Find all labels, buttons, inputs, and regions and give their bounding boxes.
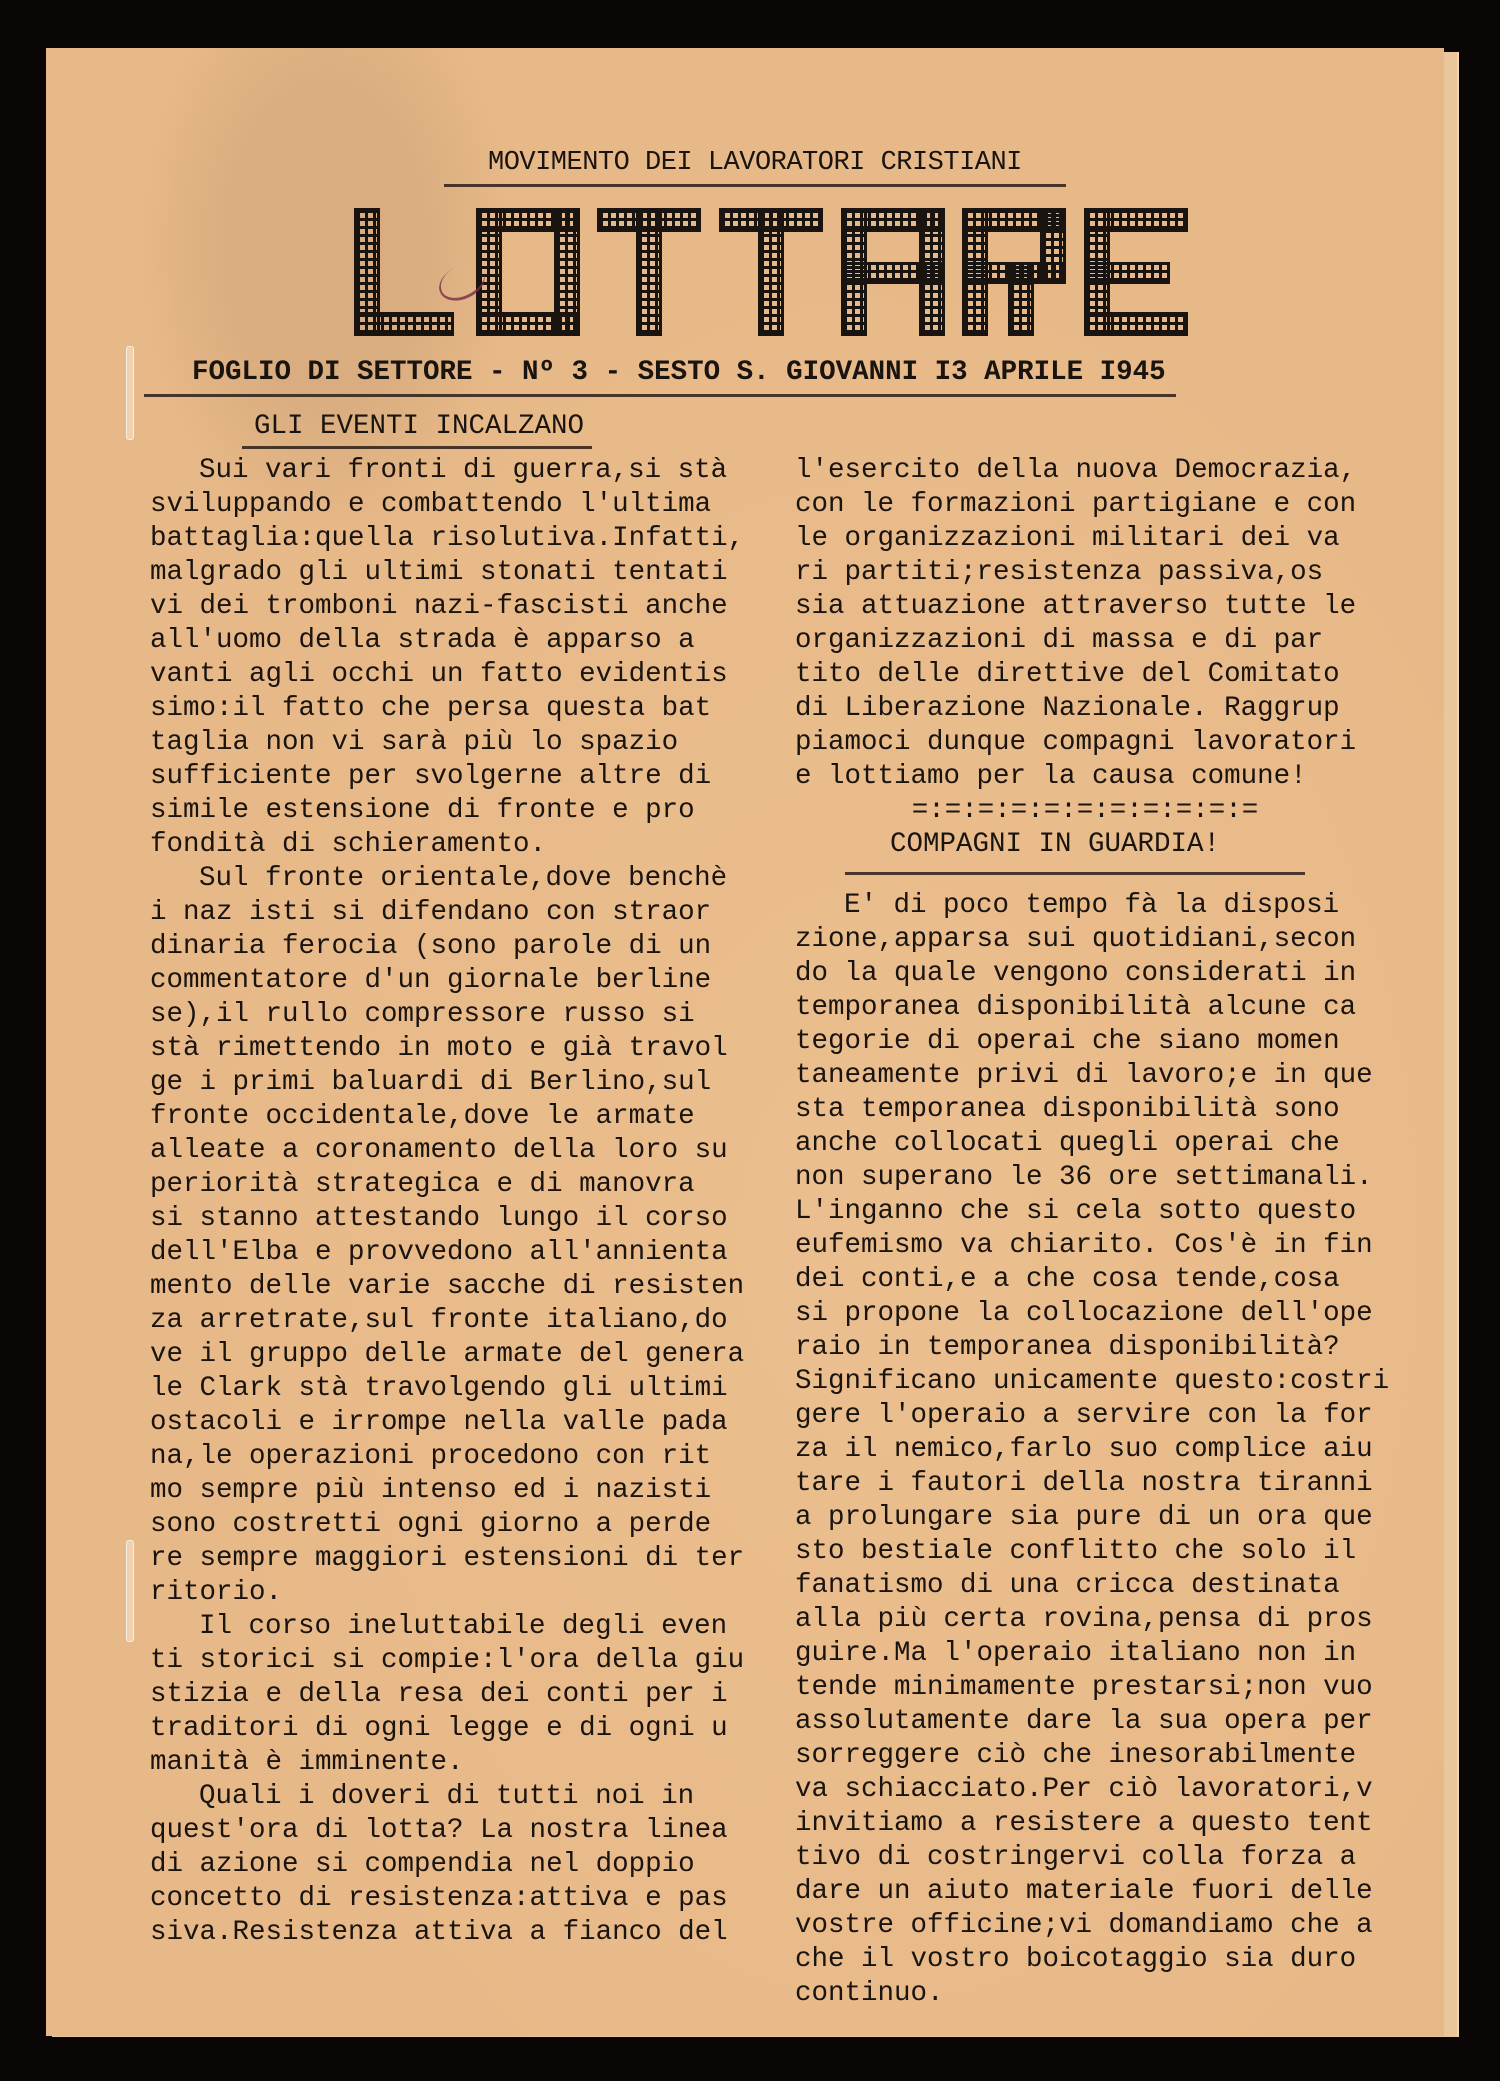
text-line: vanti agli occhi un fatto evidentis (150, 658, 750, 692)
section-separator: =:=:=:=:=:=:=:=:=:=:= (795, 794, 1415, 828)
text-line: si propone la collocazione dell'ope (795, 1297, 1415, 1331)
text-line: fanatismo di una cricca destinata (795, 1569, 1415, 1603)
text-line: tare i fautori della nostra tiranni (795, 1467, 1415, 1501)
text-line: va schiacciato.Per ciò lavoratori,v (795, 1773, 1415, 1807)
text-line: simile estensione di fronte e pro (150, 794, 750, 828)
text-line: ritorio. (150, 1576, 750, 1610)
organization-name: MOVIMENTO DEI LAVORATORI CRISTIANI (488, 146, 1022, 180)
masthead-letter (1084, 208, 1188, 336)
text-line: L'inganno che si cela sotto questo (795, 1195, 1415, 1229)
newsletter-page: MOVIMENTO DEI LAVORATORI CRISTIANI FOGLI… (46, 48, 1444, 2036)
text-line: con le formazioni partigiane e con (795, 488, 1415, 522)
masthead-letter (354, 208, 458, 336)
text-line: gere l'operaio a servire con la for (795, 1399, 1415, 1433)
text-line: non superano le 36 ore settimanali. (795, 1161, 1415, 1195)
text-line: Quali i doveri di tutti noi in (150, 1780, 750, 1814)
text-line: vostre officine;vi domandiamo che a (795, 1909, 1415, 1943)
masthead-letter-stroke (1008, 262, 1034, 336)
text-line: invitiamo a resistere a questo tent (795, 1807, 1415, 1841)
text-line: ri partiti;resistenza passiva,os (795, 556, 1415, 590)
text-line: piamoci dunque compagni lavoratori (795, 726, 1415, 760)
text-line: ge i primi baluardi di Berlino,sul (150, 1066, 750, 1100)
text-line: dell'Elba e provvedono all'annienta (150, 1236, 750, 1270)
text-line: ostacoli e irrompe nella valle pada (150, 1406, 750, 1440)
staple-bottom (126, 1540, 134, 1642)
text-line: di Liberazione Nazionale. Raggrup (795, 692, 1415, 726)
text-line: concetto di resistenza:attiva e pas (150, 1882, 750, 1916)
text-line: sorreggere ciò che inesorabilmente (795, 1739, 1415, 1773)
masthead-letter-stroke (476, 312, 580, 336)
text-line: all'uomo della strada è apparso a (150, 624, 750, 658)
text-line: sia attuazione attraverso tutte le (795, 590, 1415, 624)
text-line: sto bestiale conflitto che solo il (795, 1535, 1415, 1569)
masthead-letter-stroke (636, 208, 662, 336)
masthead-letter-stroke (1084, 312, 1188, 336)
text-line: za arretrate,sul fronte italiano,do (150, 1304, 750, 1338)
right-article-heading: COMPAGNI IN GUARDIA! (845, 828, 1305, 875)
text-line: manità è imminente. (150, 1746, 750, 1780)
text-line: taglia non vi sarà più lo spazio (150, 726, 750, 760)
text-line: i naz isti si difendano con straor (150, 896, 750, 930)
text-line: mento delle varie sacche di resisten (150, 1270, 750, 1304)
text-line: alleate a coronamento della loro su (150, 1134, 750, 1168)
text-line: si stanno attestando lungo il corso (150, 1202, 750, 1236)
text-line: Sui vari fronti di guerra,si stà (150, 454, 750, 488)
text-line: sufficiente per svolgerne altre di (150, 760, 750, 794)
text-line: siva.Resistenza attiva a fianco del (150, 1916, 750, 1950)
masthead-letter (597, 208, 701, 336)
text-line: mo sempre più intenso ed i nazisti (150, 1474, 750, 1508)
text-line: a prolungare sia pure di un ora que (795, 1501, 1415, 1535)
text-line: Significano unicamente questo:costri (795, 1365, 1415, 1399)
masthead-letter-stroke (841, 262, 945, 284)
text-line: zione,apparsa sui quotidiani,secon (795, 923, 1415, 957)
organization-underline (444, 184, 1066, 187)
text-line: l'esercito della nuova Democrazia, (795, 454, 1415, 488)
text-line: fondità di schieramento. (150, 828, 750, 862)
text-line: dei conti,e a che cosa tende,cosa (795, 1263, 1415, 1297)
text-line: vi dei tromboni nazi-fascisti anche (150, 590, 750, 624)
text-line: fronte occidentale,dove le armate (150, 1100, 750, 1134)
text-line: che il vostro boicotaggio sia duro (795, 1943, 1415, 1977)
left-article-body: Sui vari fronti di guerra,si stàsviluppa… (150, 454, 750, 1950)
text-line: ti storici si compie:l'ora della giu (150, 1644, 750, 1678)
text-line: sta temporanea disponibilità sono (795, 1093, 1415, 1127)
issue-underline (144, 394, 1176, 397)
text-line: tito delle direttive del Comitato (795, 658, 1415, 692)
masthead-letter (962, 208, 1066, 336)
text-line: do la quale vengono considerati in (795, 957, 1415, 991)
text-line: assolutamente dare la sua opera per (795, 1705, 1415, 1739)
text-line: periorità strategica e di manovra (150, 1168, 750, 1202)
text-line: se),il rullo compressore russo si (150, 998, 750, 1032)
text-line: guire.Ma l'operaio italiano non in (795, 1637, 1415, 1671)
masthead-letter-stroke (758, 208, 784, 336)
text-line: sono costretti ogni giorno a perde (150, 1508, 750, 1542)
text-line: malgrado gli ultimi stonati tentati (150, 556, 750, 590)
text-line: traditori di ogni legge e di ogni u (150, 1712, 750, 1746)
text-line: temporanea disponibilità alcune ca (795, 991, 1415, 1025)
text-line: na,le operazioni procedono con rit (150, 1440, 750, 1474)
text-line: simo:il fatto che persa questa bat (150, 692, 750, 726)
masthead-letter (476, 208, 580, 336)
text-line: eufemismo va chiarito. Cos'è in fin (795, 1229, 1415, 1263)
left-heading-underline (242, 446, 592, 449)
masthead-letter (719, 208, 823, 336)
left-article-heading: GLI EVENTI INCALZANO (254, 410, 584, 444)
text-line: e lottiamo per la causa comune! (795, 760, 1415, 794)
text-line: za il nemico,farlo suo complice aiu (795, 1433, 1415, 1467)
text-line: continuo. (795, 1977, 1415, 2011)
text-line: Il corso ineluttabile degli even (150, 1610, 750, 1644)
masthead-letter-stroke (1084, 208, 1188, 232)
text-line: le Clark stà travolgendo gli ultimi (150, 1372, 750, 1406)
text-line: tegorie di operai che siano momen (795, 1025, 1415, 1059)
text-line: commentatore d'un giornale berline (150, 964, 750, 998)
masthead-letter (841, 208, 945, 336)
masthead-letter-stroke (1084, 262, 1170, 284)
text-line: ve il gruppo delle armate del genera (150, 1338, 750, 1372)
text-line: di azione si compendia nel doppio (150, 1848, 750, 1882)
text-line: Sul fronte orientale,dove benchè (150, 862, 750, 896)
text-line: battaglia:quella risolutiva.Infatti, (150, 522, 750, 556)
issue-line: FOGLIO DI SETTORE - Nº 3 - SESTO S. GIOV… (192, 356, 1166, 390)
text-line: dare un aiuto materiale fuori delle (795, 1875, 1415, 1909)
text-line: E' di poco tempo fà la disposi (795, 889, 1415, 923)
text-line: taneamente privi di lavoro;e in que (795, 1059, 1415, 1093)
text-line: stà rimettendo in moto e già travol (150, 1032, 750, 1066)
text-line: le organizzazioni militari dei va (795, 522, 1415, 556)
heading-spacer (795, 875, 1415, 889)
right-article-body: l'esercito della nuova Democrazia,con le… (795, 454, 1415, 2011)
text-line: stizia e della resa dei conti per i (150, 1678, 750, 1712)
text-line: alla più certa rovina,pensa di pros (795, 1603, 1415, 1637)
text-line: anche collocati quegli operai che (795, 1127, 1415, 1161)
text-line: dinaria ferocia (sono parole di un (150, 930, 750, 964)
text-line: tivo di costringervi colla forza a (795, 1841, 1415, 1875)
text-line: sviluppando e combattendo l'ultima (150, 488, 750, 522)
text-line: tende minimamente prestarsi;non vuo (795, 1671, 1415, 1705)
staple-top (126, 346, 134, 440)
masthead-letter-stroke (354, 312, 454, 336)
text-line: raio in temporanea disponibilità? (795, 1331, 1415, 1365)
text-line: quest'ora di lotta? La nostra linea (150, 1814, 750, 1848)
text-line: organizzazioni di massa e di par (795, 624, 1415, 658)
text-line: re sempre maggiori estensioni di ter (150, 1542, 750, 1576)
